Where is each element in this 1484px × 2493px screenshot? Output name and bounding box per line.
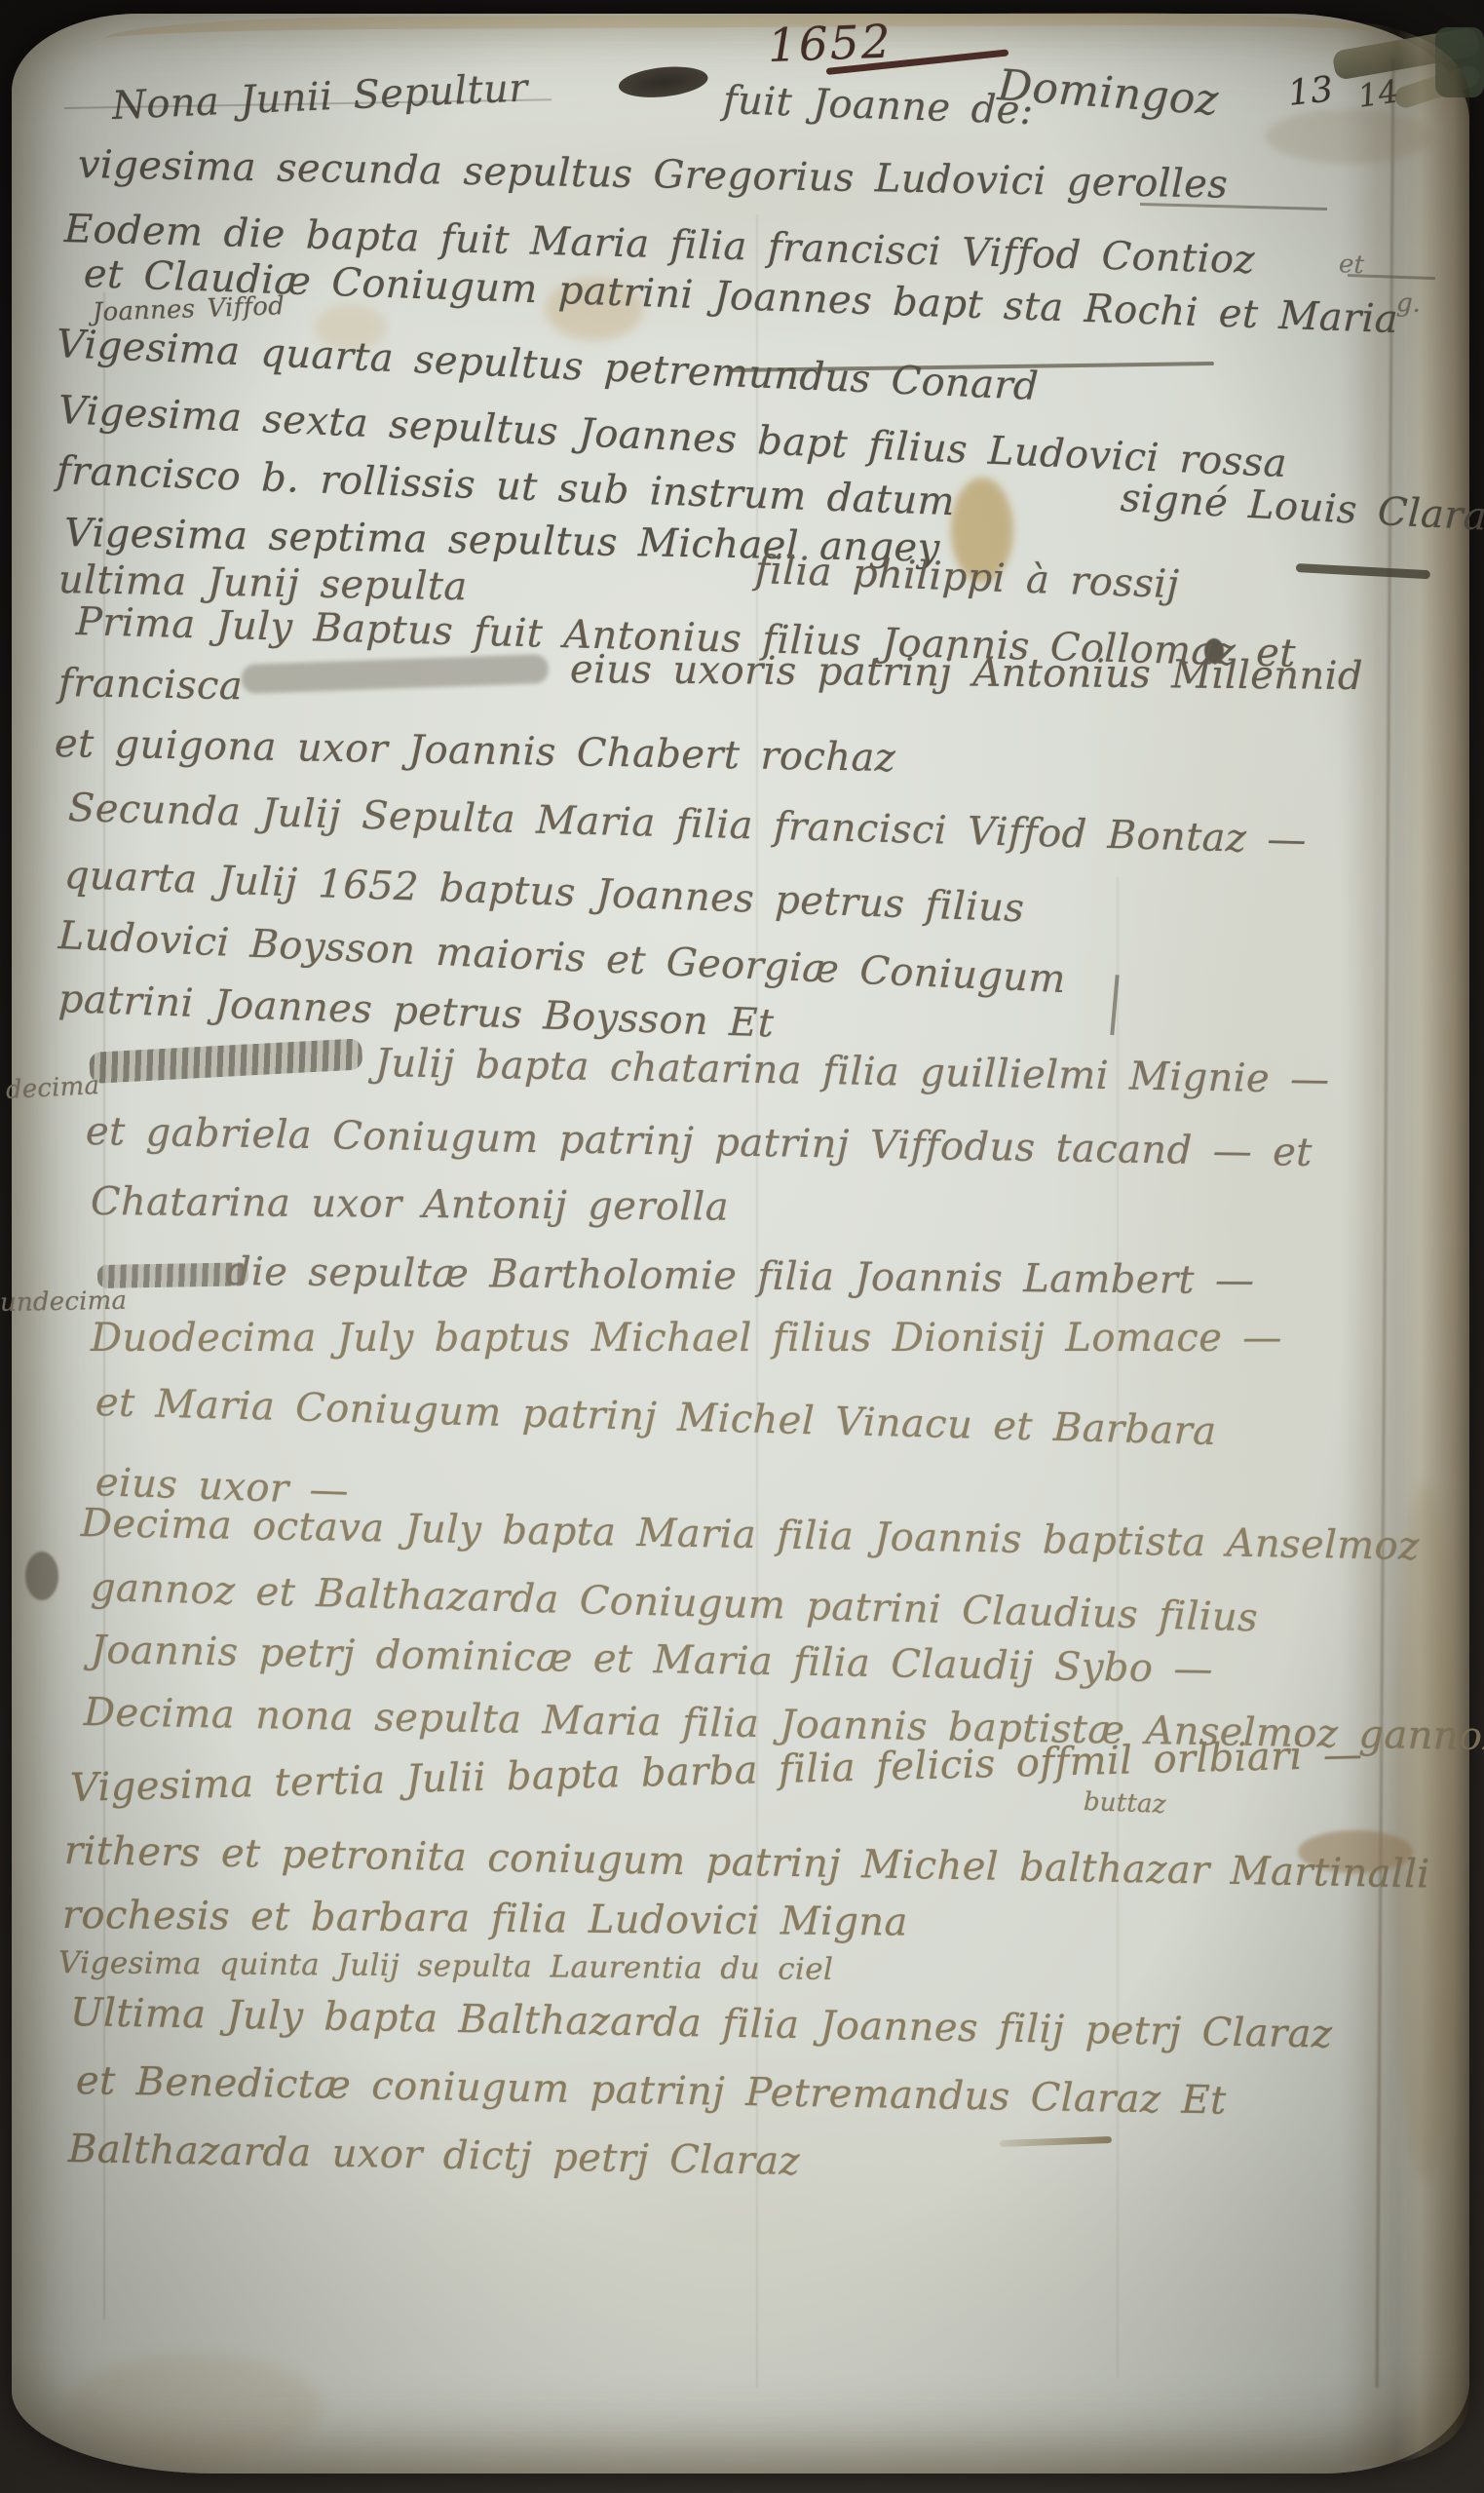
photo-vignette [0, 0, 1484, 2493]
photograph-background: 1652 13 14 Nona Junii Sepultur fuit Joan… [0, 0, 1484, 2493]
